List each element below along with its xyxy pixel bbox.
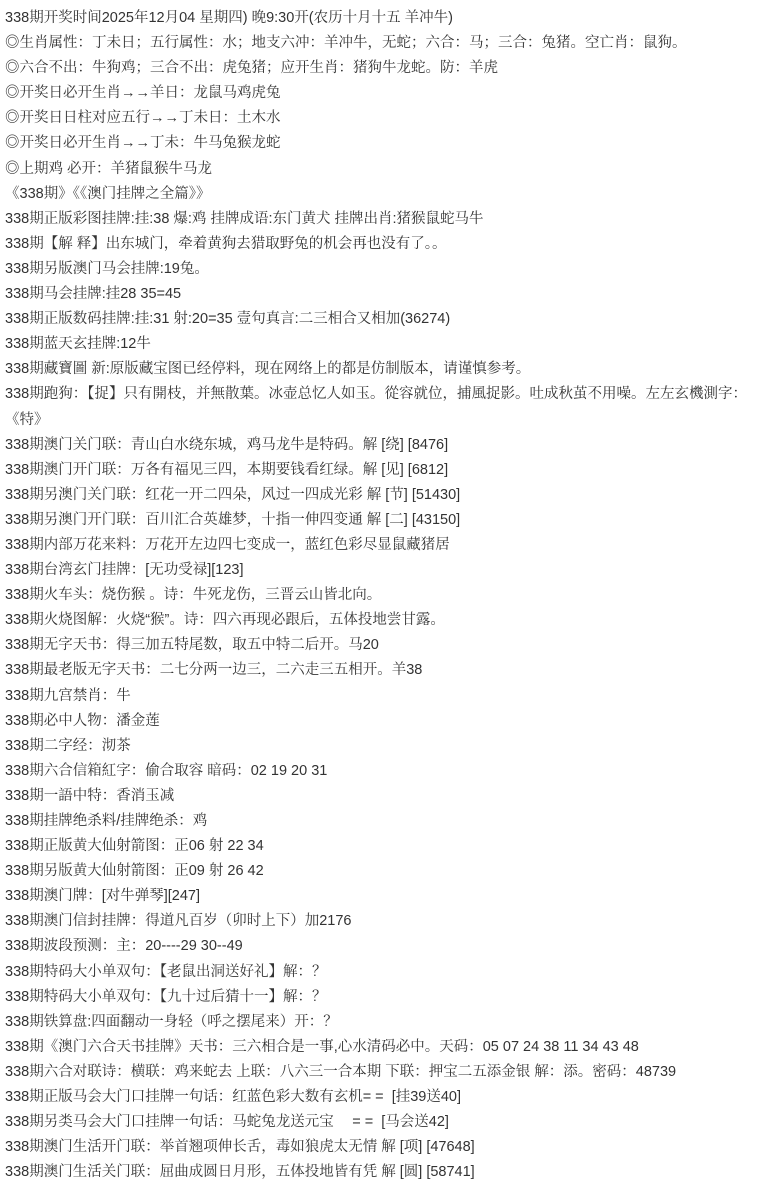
blue-sky-guapai-line: 338期蓝天玄挂牌:12牛 (5, 332, 771, 357)
wave-prediction-line: 338期波段预测：主：20----29 30--49 (5, 934, 771, 959)
must-open-zodiac-line: ◎开奖日必开生肖→→羊日：龙鼠马鸡虎兔 (5, 81, 771, 106)
oldest-wordless-book-line: 338期最老版无字天书：二七分两一边三，二六走三五相开。羊38 (5, 658, 771, 683)
macau-life-open-couplet-line: 338期澳门生活开门联：举首翘项伸长舌，毒如狼虎太无情 解 [项] [47648… (5, 1135, 771, 1160)
liuhe-exclusion-line: ◎六合不出：牛狗鸡；三合不出：虎兔猪；应开生肖：猪狗牛龙蛇。防：羊虎 (5, 56, 771, 81)
macau-life-close-couplet-line: 338期澳门生活关门联：屈曲成圆日月形，五体投地皆有凭 解 [圆] [58741… (5, 1160, 771, 1185)
train-head-line: 338期火车头：烧伤猴 。诗：牛死龙伤，三晋云山皆北向。 (5, 583, 771, 608)
jiugong-forbidden-line: 338期九宫禁肖：牛 (5, 684, 771, 709)
couplet-poem-line: 338期六合对联诗：横联：鸡来蛇去 上联：八六三一合本期 下联：押宝二五添金银 … (5, 1060, 771, 1085)
mailbox-red-words-line: 338期六合信箱紅字：偷合取容 暗码：02 19 20 31 (5, 759, 771, 784)
zodiac-attribute-line: ◎生肖属性：丁未日；五行属性：水；地支六冲：羊冲牛，无蛇；六合：马；三合：兔猪。… (5, 31, 771, 56)
must-hit-person-line: 338期必中人物：潘金莲 (5, 709, 771, 734)
five-elements-line: ◎开奖日日柱对应五行→→丁未日：土木水 (5, 106, 771, 131)
alt-gate-guapai-line: 338期另类马会大门口挂牌一句话：马蛇兔龙送元宝 = = [马会送42] (5, 1110, 771, 1135)
digital-guapai-line: 338期正版数码挂牌:挂:31 射:20=35 壹句真言:二三相合又相加(362… (5, 307, 771, 332)
special-code-phrase-line-1: 338期特码大小单双句：【老鼠出洞送好礼】解：？ (5, 960, 771, 985)
draw-time-line: 338期开奖时间2025年12月04 星期四) 晚9:30开(农历十月十五 羊冲… (5, 6, 771, 31)
macau-close-couplet-line: 338期澳门关门联：青山白水绕东城，鸡马龙牛是特码。解 [绕] [8476] (5, 433, 771, 458)
one-phrase-special-line: 338期一語中特：香消玉减 (5, 784, 771, 809)
must-open-zodiac-line-2: ◎开奖日必开生肖→→丁未：牛马兔猴龙蛇 (5, 131, 771, 156)
internal-wanhua-line: 338期内部万花来料：万花开左边四七变成一，蓝红色彩尽显鼠藏猪居 (5, 533, 771, 558)
explanation-line: 338期【解 释】出东城门，牵着黄狗去猎取野兔的机会再也没有了。。 (5, 232, 771, 257)
two-word-scripture-line: 338期二字经：沏茶 (5, 734, 771, 759)
wordless-book-line: 338期无字天书：得三加五特尾数，取五中特二后开。马20 (5, 633, 771, 658)
alt-macau-close-couplet-line: 338期另澳门关门联：红花一开二四朵，风过一四成光彩 解 [节] [51430] (5, 483, 771, 508)
guapai-kill-line: 338期挂牌绝杀料/挂牌绝杀：鸡 (5, 809, 771, 834)
horse-club-guapai-line: 338期马会挂牌:挂28 35=45 (5, 282, 771, 307)
page-title: 《338期》《《澳门挂牌之全篇》》 (5, 182, 771, 207)
alt-huangdaxian-line: 338期另版黄大仙射箭图：正09 射 26 42 (5, 859, 771, 884)
heavenly-book-line: 338期《澳门六合天书挂牌》天书：三六相合是一事,心水清码必中。天码：05 07… (5, 1035, 771, 1060)
macau-envelope-line: 338期澳门信封挂牌：得道凡百岁（卯时上下）加2176 (5, 909, 771, 934)
special-code-phrase-line-2: 338期特码大小单双句：【九十过后猜十一】解：？ (5, 985, 771, 1010)
paogou-line: 338期跑狗：【捉】只有開枝，并無散葉。冰壶总忆人如玉。從容就位，捕風捉影。吐成… (5, 382, 771, 407)
paogou-line-continued: 《特》 (5, 408, 771, 433)
official-chart-guapai-line: 338期正版彩图挂牌:挂:38 爆:鸡 挂牌成语:东门黄犬 挂牌出肖:猪猴鼠蛇马… (5, 207, 771, 232)
treasure-map-line: 338期藏寶圖 新:原版藏宝图已经停料，现在网络上的都是仿制版本，请谨慎参考。 (5, 357, 771, 382)
macau-open-couplet-line: 338期澳门开门联：万各有福见三四，本期要钱看红绿。解 [见] [6812] (5, 458, 771, 483)
iron-abacus-line: 338期铁算盘:四面翻动一身轻（呼之摆尾来）开：？ (5, 1010, 771, 1035)
taiwan-xuanmen-line: 338期台湾玄门挂牌：[无功受禄][123] (5, 558, 771, 583)
macau-card-line: 338期澳门牌：[对牛弹琴][247] (5, 884, 771, 909)
lottery-info-page: 338期开奖时间2025年12月04 星期四) 晚9:30开(农历十月十五 羊冲… (0, 0, 771, 1185)
alt-macau-guapai-line: 338期另版澳门马会挂牌:19兔。 (5, 257, 771, 282)
alt-macau-open-couplet-line: 338期另澳门开门联：百川汇合英雄梦，十指一伸四变通 解 [二] [43150] (5, 508, 771, 533)
last-issue-line: ◎上期鸡 必开：羊猪鼠猴牛马龙 (5, 157, 771, 182)
fire-diagram-line: 338期火烧图解：火烧“猴”。诗：四六再现必跟后，五体投地尝甘露。 (5, 608, 771, 633)
official-huangdaxian-line: 338期正版黄大仙射箭图：正06 射 22 34 (5, 834, 771, 859)
official-gate-guapai-line: 338期正版马会大门口挂牌一句话：红蓝色彩大数有玄机= = [挂39送40] (5, 1085, 771, 1110)
